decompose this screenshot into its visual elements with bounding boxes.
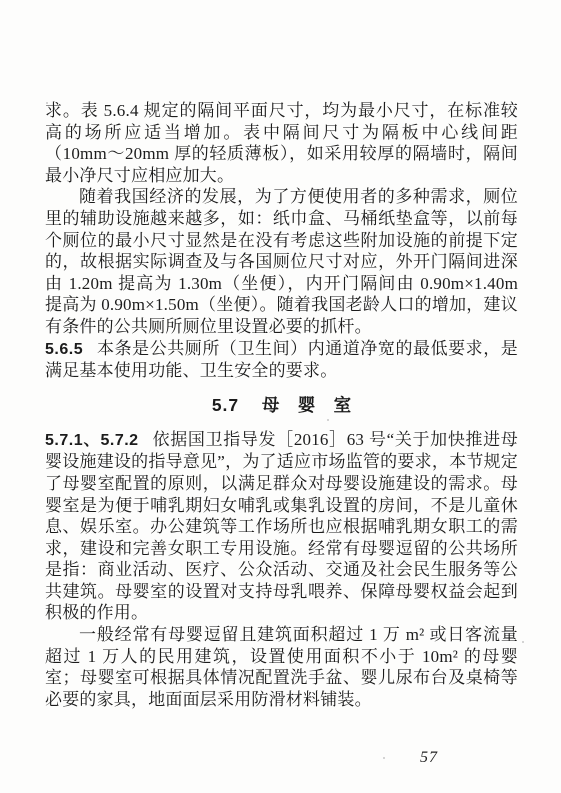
section-number: 5.7 bbox=[212, 395, 239, 415]
paragraph-text: 随着我国经济的发展，为了方便使用者的多种需求，厕位里的辅助设施越来越多，如：纸巾… bbox=[45, 187, 518, 336]
paragraph-text: 一般经常有母婴逗留且建筑面积超过 1 万 m² 或日客流量超过 1 万人的民用建… bbox=[45, 625, 518, 709]
scan-speck bbox=[522, 641, 524, 643]
scan-speck bbox=[46, 102, 48, 104]
document-page: 求。表 5.6.4 规定的隔间平面尺寸，均为最小尺寸，在标准较高的场所应适当增加… bbox=[0, 0, 561, 793]
clause-number: 5.6.5 bbox=[45, 341, 83, 358]
paragraph-text: 求。表 5.6.4 规定的隔间平面尺寸，均为最小尺寸，在标准较高的场所应适当增加… bbox=[45, 101, 518, 185]
clause-text: 依据国卫指导发［2016］63 号“关于加快推进母婴设施建设的指导意见”，为了适… bbox=[45, 430, 518, 623]
clause-text: 本条是公共厕所（卫生间）内通道净宽的最低要求，是满足基本使用功能、卫生安全的要求… bbox=[45, 339, 518, 381]
clause-number: 5.7.1、5.7.2 bbox=[45, 432, 139, 449]
page-number: 57 bbox=[420, 749, 438, 767]
paragraph-area-requirement: 一般经常有母婴逗留且建筑面积超过 1 万 m² 或日客流量超过 1 万人的民用建… bbox=[45, 624, 518, 710]
section-title: 母婴室 bbox=[262, 395, 370, 415]
clause-5-7-1-5-7-2: 5.7.1、5.7.2依据国卫指导发［2016］63 号“关于加快推进母婴设施建… bbox=[45, 429, 518, 624]
scan-speck bbox=[327, 419, 329, 421]
paragraph-development: 随着我国经济的发展，为了方便使用者的多种需求，厕位里的辅助设施越来越多，如：纸巾… bbox=[45, 186, 518, 337]
section-heading-5-7: 5.7母婴室 bbox=[45, 394, 518, 416]
body-text: 求。表 5.6.4 规定的隔间平面尺寸，均为最小尺寸，在标准较高的场所应适当增加… bbox=[45, 100, 518, 710]
paragraph-carryover: 求。表 5.6.4 规定的隔间平面尺寸，均为最小尺寸，在标准较高的场所应适当增加… bbox=[45, 100, 518, 186]
scan-speck bbox=[383, 757, 385, 759]
clause-5-6-5: 5.6.5本条是公共厕所（卫生间）内通道净宽的最低要求，是满足基本使用功能、卫生… bbox=[45, 338, 518, 382]
